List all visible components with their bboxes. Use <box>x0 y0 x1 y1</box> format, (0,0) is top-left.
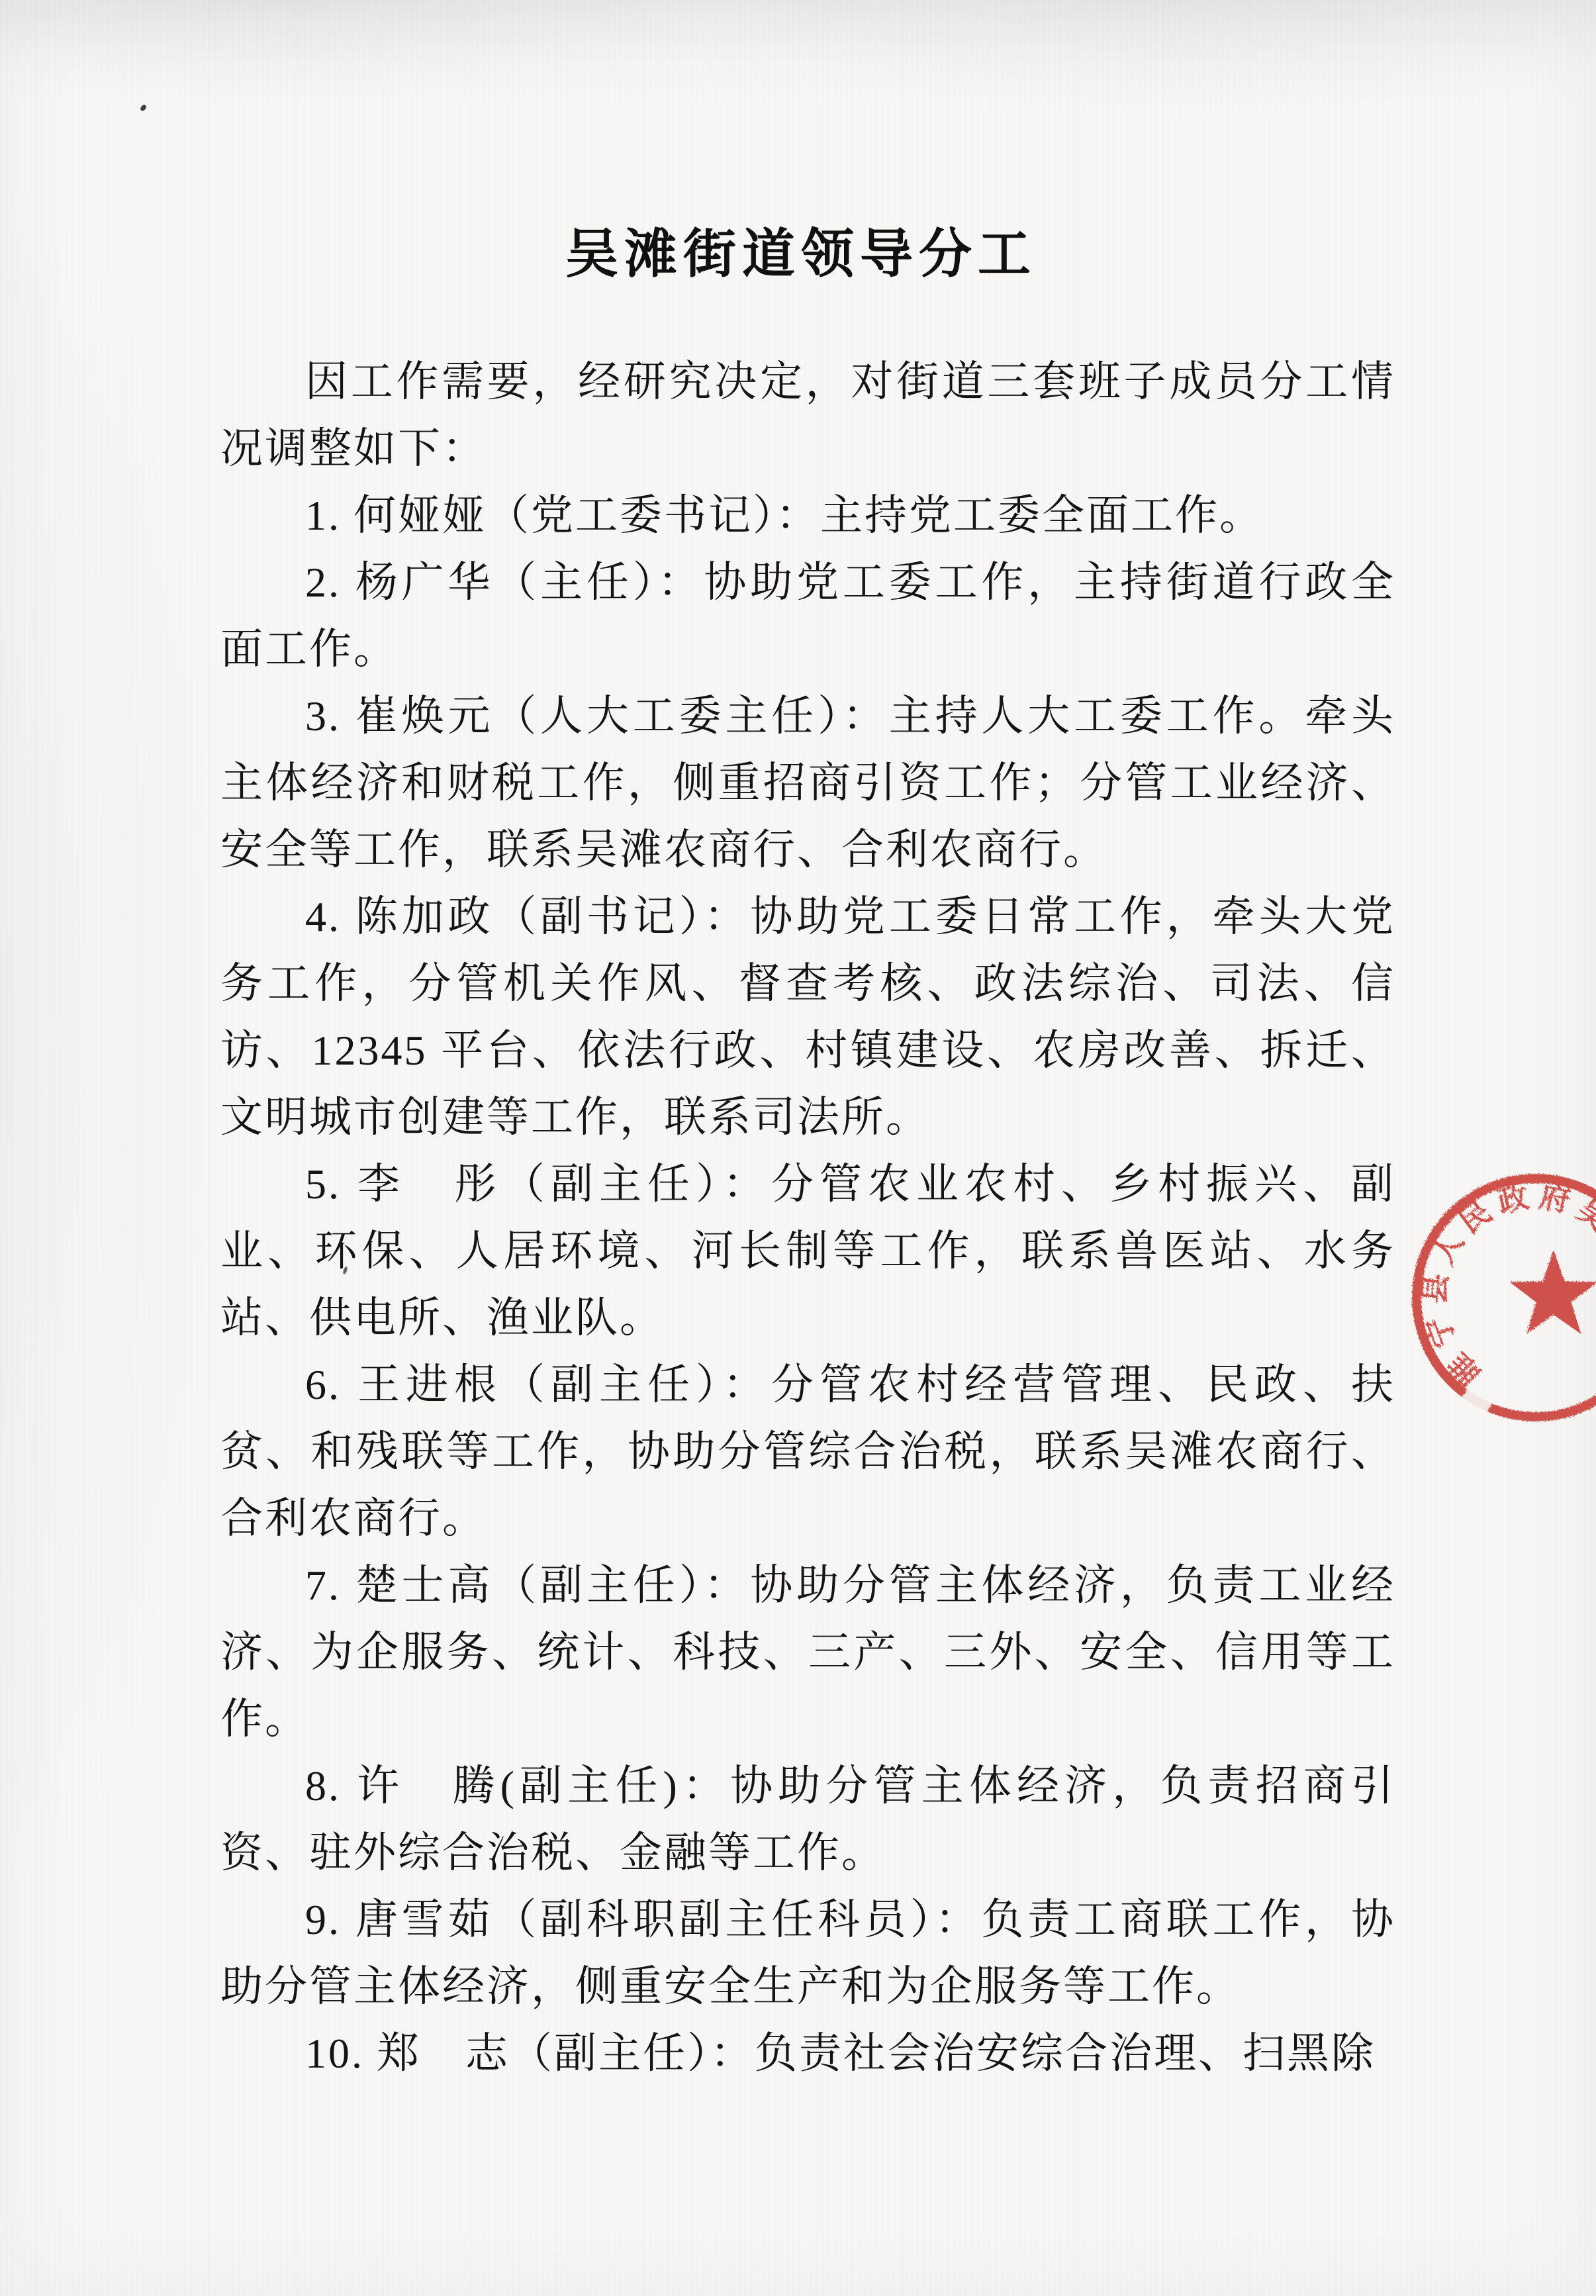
scanned-document-page: 吴滩街道领导分工 因工作需要，经研究决定，对街道三套班子成员分工情况调整如下：1… <box>0 0 1596 2296</box>
seal-ring-gap <box>1460 1386 1493 1415</box>
seal-arc-char: 宁 <box>1420 1312 1462 1353</box>
paragraph: 9. 唐雪茹（副科职副主任科员）：负责工商联工作，协助分管主体经济，侧重安全生产… <box>220 1886 1395 2020</box>
paragraph: 4. 陈加政（副书记）：协助党工委日常工作，牵头大党务工作，分管机关作风、督查考… <box>220 883 1395 1151</box>
seal-arc-char: 睢 <box>1442 1346 1487 1392</box>
seal-arc-char: 政 <box>1495 1180 1532 1220</box>
paragraph: 1. 何娅娅（党工委书记）：主持党工委全面工作。 <box>220 482 1395 549</box>
official-seal: 睢 宁 县 人 民 政 府 吴 <box>1407 1167 1596 1432</box>
seal-graphic: 睢 宁 县 人 民 政 府 吴 <box>1417 1178 1596 1417</box>
paragraph: 10. 郑 志（副主任）：负责社会治安综合治理、扫黑除 <box>220 2020 1395 2087</box>
paragraph: 2. 杨广华（主任）：协助党工委工作，主持街道行政全面工作。 <box>220 549 1395 683</box>
seal-arc-char: 民 <box>1453 1194 1497 1239</box>
red-star-icon <box>1509 1250 1596 1334</box>
document-body: 因工作需要，经研究决定，对街道三套班子成员分工情况调整如下：1. 何娅娅（党工委… <box>220 348 1395 2087</box>
seal-arc-char: 府 <box>1537 1179 1573 1218</box>
seal-ring <box>1417 1178 1596 1417</box>
paragraph: 8. 许 腾(副主任)：协助分管主体经济，负责招商引资、驻外综合治税、金融等工作… <box>220 1752 1395 1886</box>
paragraph: 5. 李 彤（副主任）：分管农业农村、乡村振兴、副业、环保、人居环境、河长制等工… <box>220 1151 1395 1351</box>
paragraph: 因工作需要，经研究决定，对街道三套班子成员分工情况调整如下： <box>220 348 1395 482</box>
paragraph: 7. 楚士高（副主任）：协助分管主体经济，负责工业经济、为企服务、统计、科技、三… <box>220 1552 1395 1752</box>
seal-arc-char: 县 <box>1417 1272 1454 1306</box>
document-title: 吴滩街道领导分工 <box>0 0 1596 286</box>
seal-arc-char: 人 <box>1426 1227 1470 1270</box>
seal-arc-char: 吴 <box>1572 1192 1596 1237</box>
paragraph: 3. 崔焕元（人大工委主任）：主持人大工委工作。牵头主体经济和财税工作，侧重招商… <box>220 683 1395 883</box>
paragraph: 6. 王进根（副主任）：分管农村经营管理、民政、扶贫、和残联等工作，协助分管综合… <box>220 1351 1395 1552</box>
